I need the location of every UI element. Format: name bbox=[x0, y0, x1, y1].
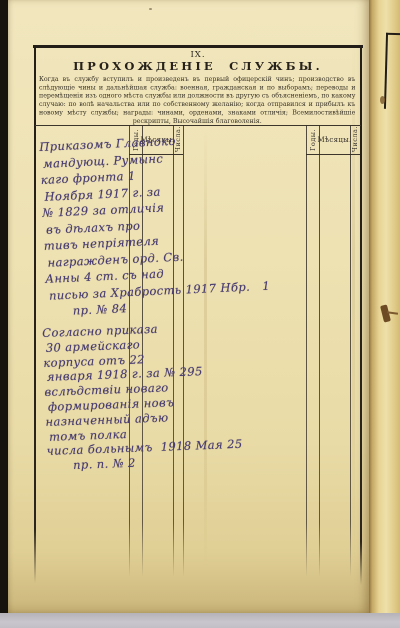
table-column-line bbox=[306, 125, 307, 577]
header-underline-right bbox=[306, 154, 360, 155]
table-column-line bbox=[319, 125, 320, 577]
document-page: IX. ПРОХОЖДЕНІЕ СЛУЖБЫ. Когда въ службу … bbox=[8, 0, 369, 613]
page-title: ПРОХОЖДЕНІЕ СЛУЖБЫ. bbox=[34, 59, 362, 73]
column-header-label: Годы. bbox=[309, 129, 317, 151]
paper-speck bbox=[149, 8, 152, 10]
table-column-line bbox=[350, 125, 351, 577]
facing-page-frame-corner bbox=[384, 33, 400, 109]
table-frame-border-top bbox=[33, 45, 363, 48]
facing-page-edge bbox=[369, 0, 400, 615]
column-header-label: Числа. bbox=[351, 126, 359, 152]
column-header-days-right: Числа. bbox=[350, 125, 360, 154]
column-header-months-right: Мѣсяцы. bbox=[319, 125, 350, 154]
handwritten-service-entry-1: Приказомъ Главноко мандующ. Румынс каго … bbox=[39, 130, 271, 321]
scanned-document: IX. ПРОХОЖДЕНІЕ СЛУЖБЫ. Когда въ службу … bbox=[0, 0, 400, 628]
binding-spot bbox=[380, 96, 385, 104]
section-description: Когда въ службу вступилъ и произведенъ в… bbox=[39, 76, 355, 126]
scanner-bed-strip bbox=[0, 613, 400, 628]
handwritten-service-entry-2: Согласно приказа 30 армейскаго корпуса о… bbox=[42, 319, 243, 474]
